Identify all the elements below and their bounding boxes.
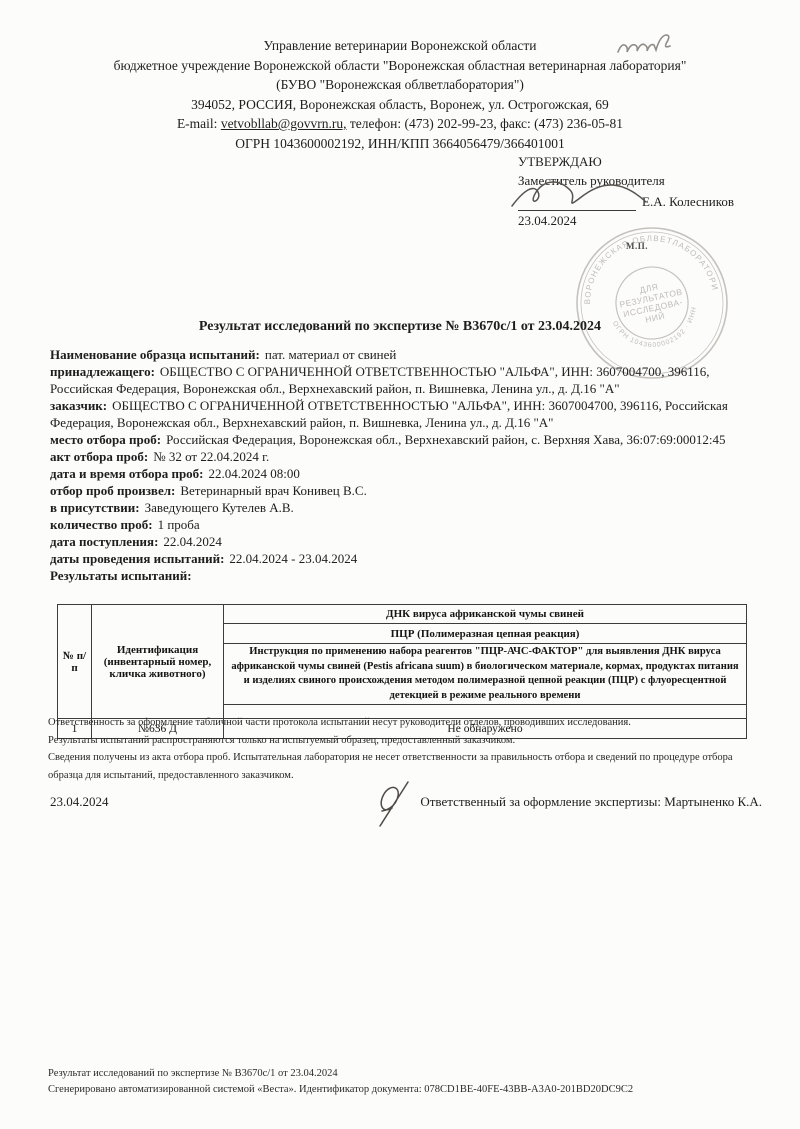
executor-signature-icon [370,778,422,830]
field-test-dates: даты проведения испытаний:22.04.2024 - 2… [50,550,752,567]
field-results-caption: Результаты испытаний: [50,567,752,584]
field-customer: заказчик:ОБЩЕСТВО С ОГРАНИЧЕННОЙ ОТВЕТСТ… [50,397,752,431]
org-contacts: E-mail: vetvobllab@govvrn.ru, телефон: (… [0,114,800,134]
approval-block: УТВЕРЖДАЮ Заместитель руководителя Е.А. … [518,152,768,230]
signoff-row: 23.04.2024 Ответственный за оформление э… [50,794,762,810]
footer-line1: Результат исследований по экспертизе № В… [48,1066,768,1082]
field-receipt-date: дата поступления:22.04.2024 [50,533,752,550]
footer-line2: Сгенерировано автоматизированной системо… [48,1082,768,1098]
field-witness: в присутствии:Заведующего Кутелев А.В. [50,499,752,516]
signoff-date: 23.04.2024 [50,794,109,810]
field-sampling-datetime: дата и время отбора проб:22.04.2024 08:0… [50,465,752,482]
note-1: Ответственность за оформление табличной … [48,714,760,732]
method-detail: Инструкция по применению набора реагенто… [224,644,747,705]
field-sampling-act: акт отбора проб:№ 32 от 22.04.2024 г. [50,448,752,465]
field-owner: принадлежащего:ОБЩЕСТВО С ОГРАНИЧЕННОЙ О… [50,363,752,397]
org-name-line3: (БУВО "Воронежская облветлаборатория") [0,75,800,95]
org-address: 394052, РОССИЯ, Воронежская область, Вор… [0,95,800,115]
field-sampling-place: место отбора проб:Российская Федерация, … [50,431,752,448]
approve-word: УТВЕРЖДАЮ [518,152,768,171]
method-header: ПЦР (Полимеразная цепная реакция) [224,624,747,644]
org-ogrn-inn: ОГРН 1043600002192, ИНН/КПП 3664056479/3… [0,134,800,154]
page-footer: Результат исследований по экспертизе № В… [48,1066,768,1097]
note-2: Результаты испытаний распространяются то… [48,732,760,750]
document-title: Результат исследований по экспертизе № В… [0,319,800,335]
field-sample-count: количество проб:1 проба [50,516,752,533]
email-label: E-mail: [177,116,218,131]
approver-signature-row: Е.А. Колесников [518,192,768,211]
field-sample-name: Наименование образца испытаний:пат. мате… [50,346,752,363]
analyte-header: ДНК вируса африканской чумы свиней [224,605,747,624]
phone-fax: телефон: (473) 202-99-23, факс: (473) 23… [350,116,623,131]
fields-block: Наименование образца испытаний:пат. мате… [50,346,752,584]
signoff-text: Ответственный за оформление экспертизы: … [420,794,762,809]
approver-signature-icon [504,172,654,214]
field-sampled-by: отбор проб произвел:Ветеринарный врач Ко… [50,482,752,499]
notes-block: Ответственность за оформление табличной … [48,714,760,784]
col-header-identification: Идентификация (инвентарный номер, кличка… [92,605,224,719]
signature-line [518,194,636,211]
email-link: vetvobllab@govvrn.ru, [221,116,347,131]
signoff-right: Ответственный за оформление экспертизы: … [374,794,762,810]
mp-seal-label: М.П. [626,241,648,251]
handwritten-mark [612,26,690,64]
col-header-num: № п/п [58,605,92,719]
scanned-document-page: { "header": { "line1": "Управление ветер… [0,0,800,1129]
approver-name: Е.А. Колесников [642,192,734,211]
